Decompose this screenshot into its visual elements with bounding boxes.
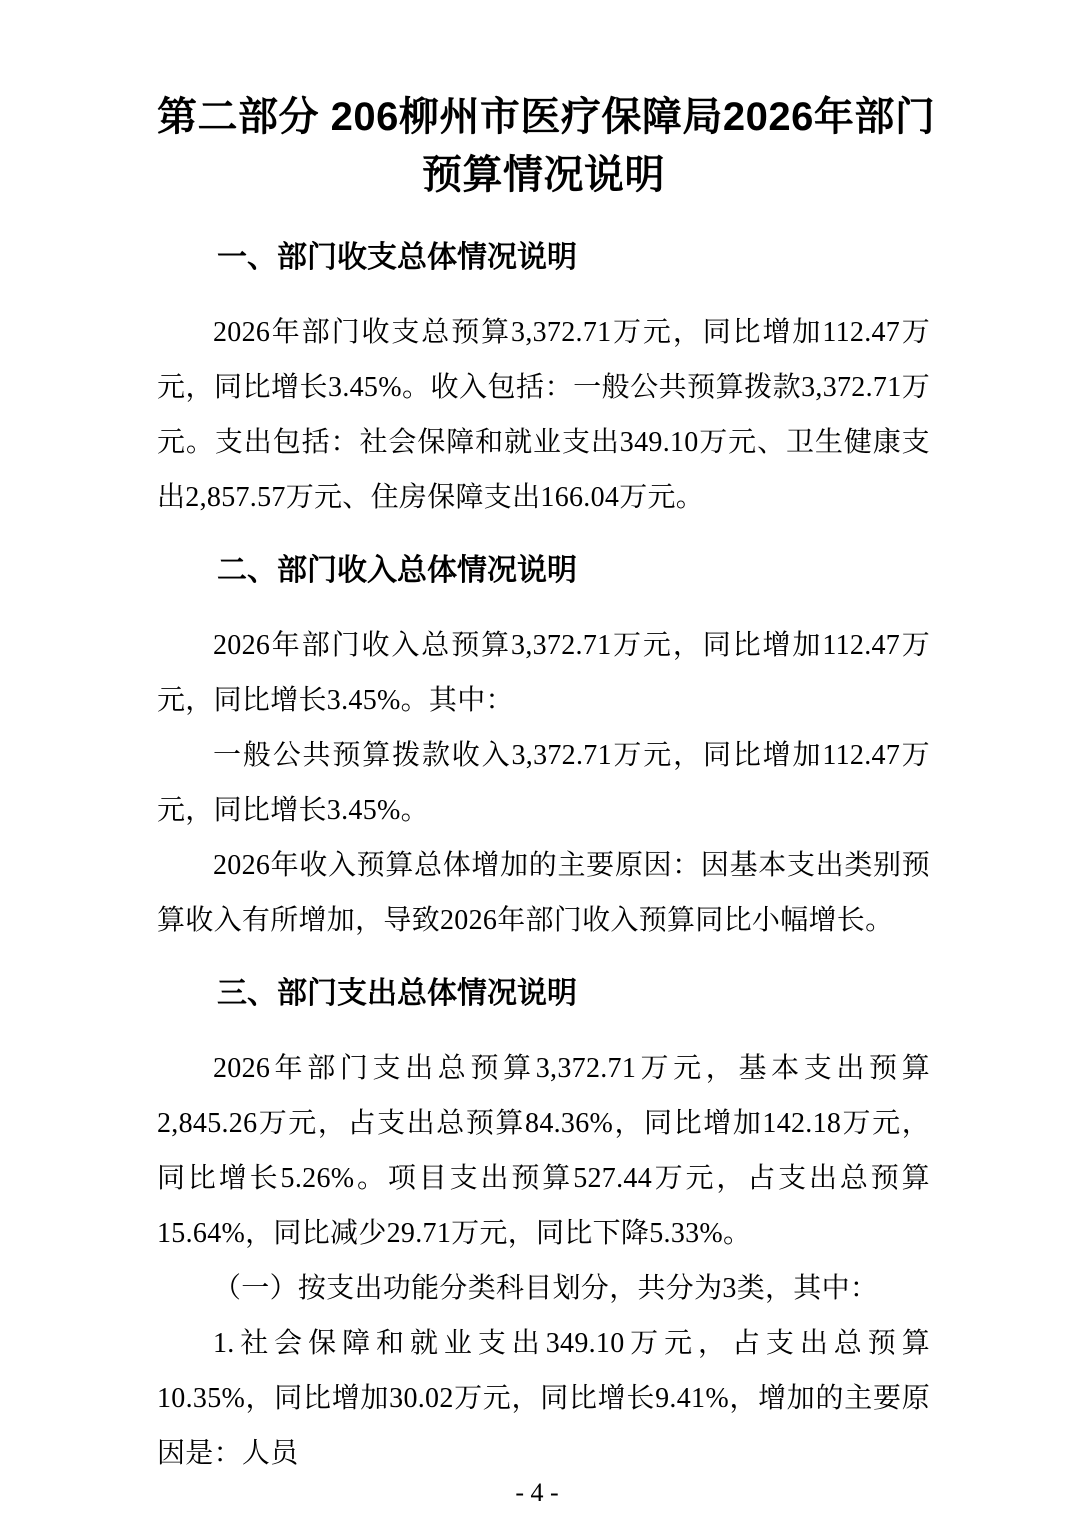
page-number: - 4 - [0,1478,1074,1508]
section-heading: 三、部门支出总体情况说明 [157,966,930,1021]
document-title-line-1: 第二部分 206柳州市医疗保障局2026年部门 [157,88,930,146]
section-overall-income: 二、部门收入总体情况说明 2026年部门收入总预算3,372.71万元，同比增加… [157,543,930,948]
paragraph: 一般公共预算拨款收入3,372.71万元，同比增加112.47万元，同比增长3.… [157,728,930,838]
document-title: 第二部分 206柳州市医疗保障局2026年部门 预算情况说明 [157,88,930,204]
section-overall-income-and-expenditure: 一、部门收支总体情况说明 2026年部门收支总预算3,372.71万元，同比增加… [157,230,930,525]
paragraph: 2026年部门收支总预算3,372.71万元，同比增加112.47万元，同比增长… [157,305,930,525]
paragraph: 2026年部门收入总预算3,372.71万元，同比增加112.47万元，同比增长… [157,618,930,728]
paragraph: 1.社会保障和就业支出349.10万元，占支出总预算10.35%，同比增加30.… [157,1316,930,1481]
section-overall-expenditure: 三、部门支出总体情况说明 2026年部门支出总预算3,372.71万元，基本支出… [157,966,930,1481]
document-page: 第二部分 206柳州市医疗保障局2026年部门 预算情况说明 一、部门收支总体情… [0,0,1074,1520]
section-heading: 一、部门收支总体情况说明 [157,230,930,285]
paragraph: 2026年部门支出总预算3,372.71万元，基本支出预算2,845.26万元，… [157,1041,930,1261]
section-heading: 二、部门收入总体情况说明 [157,543,930,598]
paragraph: （一）按支出功能分类科目划分，共分为3类，其中： [157,1261,930,1316]
paragraph: 2026年收入预算总体增加的主要原因：因基本支出类别预算收入有所增加，导致202… [157,838,930,948]
document-title-line-2: 预算情况说明 [157,146,930,204]
